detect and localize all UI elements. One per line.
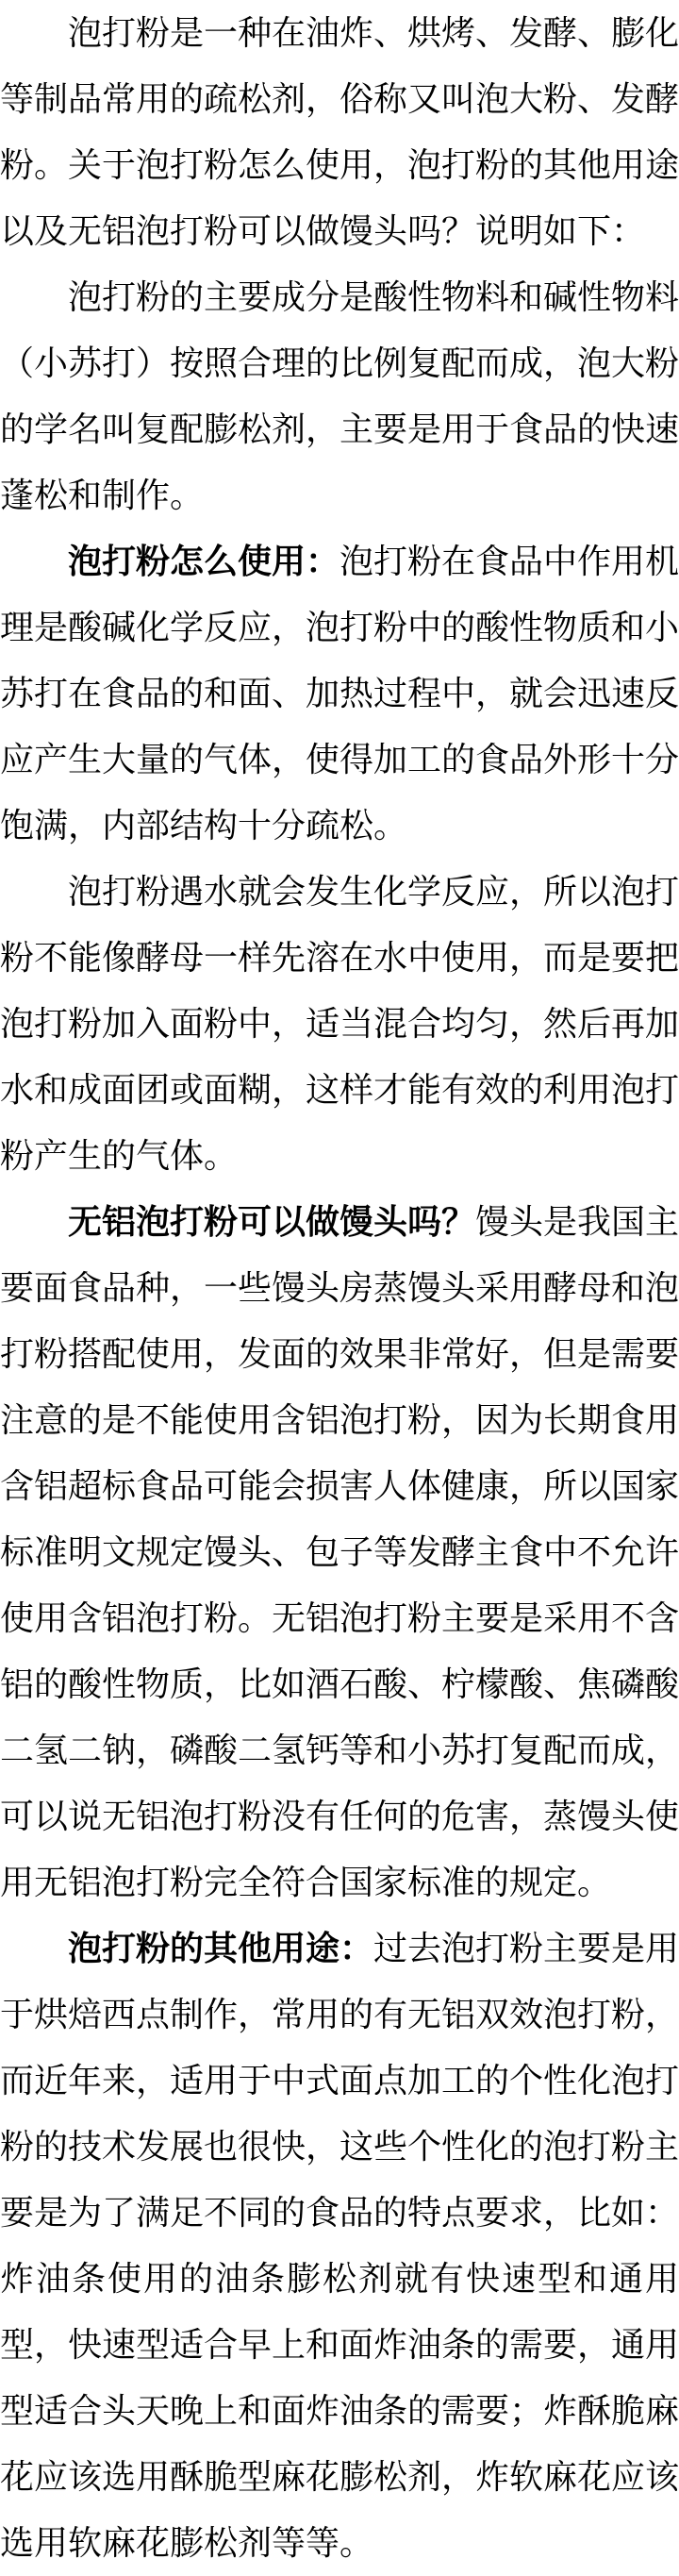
text-line: 饱满，内部结构十分疏松。 xyxy=(0,793,679,859)
text-run: 过去泡打粉主要是用 xyxy=(373,1929,679,1967)
text-line: 铝的酸性物质，比如酒石酸、柠檬酸、焦磷酸 xyxy=(0,1651,679,1717)
text-line: 用无铝泡打粉完全符合国家标准的规定。 xyxy=(0,1849,679,1915)
text-line: 泡打粉是一种在油炸、烘烤、发酵、膨化 xyxy=(0,0,679,66)
text-line: 而近年来，适用于中式面点加工的个性化泡打 xyxy=(0,2048,679,2114)
paragraph-water-reaction: 泡打粉遇水就会发生化学反应，所以泡打 粉不能像酵母一样先溶在水中使用，而是要把 … xyxy=(0,859,679,1189)
page: { "page": { "background_color": "#ffffff… xyxy=(0,0,679,2576)
paragraph-intro: 泡打粉是一种在油炸、烘烤、发酵、膨化 等制品常用的疏松剂，俗称又叫泡大粉、发酵 … xyxy=(0,0,679,264)
text-line: 粉不能像酵母一样先溶在水中使用，而是要把 xyxy=(0,925,679,991)
text-line: 型适合头天晚上和面炸油条的需要；炸酥脆麻 xyxy=(0,2378,679,2444)
text-run: 馒头是我国主 xyxy=(475,1202,679,1241)
text-line: 等制品常用的疏松剂，俗称又叫泡大粉、发酵 xyxy=(0,66,679,132)
text-line: 选用软麻花膨松剂等等。 xyxy=(0,2510,679,2576)
inline-heading-aluminum-free: 无铝泡打粉可以做馒头吗？ xyxy=(68,1202,475,1241)
text-line: 标准明文规定馒头、包子等发酵主食中不允许 xyxy=(0,1519,679,1585)
text-line: 应产生大量的气体，使得加工的食品外形十分 xyxy=(0,727,679,793)
paragraph-how-to-use: 泡打粉怎么使用：泡打粉在食品中作用机 理是酸碱化学反应，泡打粉中的酸性物质和小 … xyxy=(0,528,679,859)
text-run: 泡打粉在食品中作用机 xyxy=(339,542,679,580)
text-line: 以及无铝泡打粉可以做馒头吗？说明如下： xyxy=(0,198,679,264)
inline-heading-how-to-use: 泡打粉怎么使用： xyxy=(68,542,339,580)
text-line: 粉产生的气体。 xyxy=(0,1123,679,1189)
text-line: 炸油条使用的油条膨松剂就有快速型和通用 xyxy=(0,2246,679,2312)
text-line: （小苏打）按照合理的比例复配而成，泡大粉 xyxy=(0,330,679,396)
text-line: 于烘焙西点制作，常用的有无铝双效泡打粉， xyxy=(0,1982,679,2048)
text-line: 含铝超标食品可能会损害人体健康，所以国家 xyxy=(0,1453,679,1519)
paragraph-composition: 泡打粉的主要成分是酸性物料和碱性物料 （小苏打）按照合理的比例复配而成，泡大粉 … xyxy=(0,264,679,528)
text-line: 型，快速型适合早上和面炸油条的需要，通用 xyxy=(0,2312,679,2378)
text-line: 打粉搭配使用，发面的效果非常好，但是需要 xyxy=(0,1321,679,1387)
text-line: 使用含铝泡打粉。无铝泡打粉主要是采用不含 xyxy=(0,1585,679,1651)
inline-heading-other-uses: 泡打粉的其他用途： xyxy=(68,1929,373,1967)
paragraph-aluminum-free-mantou: 无铝泡打粉可以做馒头吗？馒头是我国主 要面食品种，一些馒头房蒸馒头采用酵母和泡 … xyxy=(0,1189,679,1915)
text-line: 水和成面团或面糊，这样才能有效的利用泡打 xyxy=(0,1057,679,1123)
text-line: 注意的是不能使用含铝泡打粉，因为长期食用 xyxy=(0,1387,679,1453)
text-line: 理是酸碱化学反应，泡打粉中的酸性物质和小 xyxy=(0,594,679,661)
text-line: 无铝泡打粉可以做馒头吗？馒头是我国主 xyxy=(0,1189,679,1255)
paragraph-other-uses: 泡打粉的其他用途：过去泡打粉主要是用 于烘焙西点制作，常用的有无铝双效泡打粉， … xyxy=(0,1915,679,2576)
text-line: 二氢二钠，磷酸二氢钙等和小苏打复配而成， xyxy=(0,1717,679,1783)
text-line: 泡打粉怎么使用：泡打粉在食品中作用机 xyxy=(0,528,679,594)
text-line: 苏打在食品的和面、加热过程中，就会迅速反 xyxy=(0,661,679,727)
text-line: 泡打粉加入面粉中，适当混合均匀，然后再加 xyxy=(0,991,679,1057)
text-line: 的学名叫复配膨松剂，主要是用于食品的快速 xyxy=(0,396,679,462)
article-text: 泡打粉是一种在油炸、烘烤、发酵、膨化 等制品常用的疏松剂，俗称又叫泡大粉、发酵 … xyxy=(0,0,679,2576)
text-line: 花应该选用酥脆型麻花膨松剂，炸软麻花应该 xyxy=(0,2444,679,2510)
text-line: 粉。关于泡打粉怎么使用，泡打粉的其他用途 xyxy=(0,132,679,198)
text-line: 蓬松和制作。 xyxy=(0,462,679,528)
text-line: 可以说无铝泡打粉没有任何的危害，蒸馒头使 xyxy=(0,1783,679,1849)
text-line: 泡打粉的主要成分是酸性物料和碱性物料 xyxy=(0,264,679,330)
text-line: 要是为了满足不同的食品的特点要求，比如： xyxy=(0,2180,679,2246)
text-line: 泡打粉的其他用途：过去泡打粉主要是用 xyxy=(0,1915,679,1982)
text-line: 要面食品种，一些馒头房蒸馒头采用酵母和泡 xyxy=(0,1255,679,1321)
text-line: 泡打粉遇水就会发生化学反应，所以泡打 xyxy=(0,859,679,925)
text-line: 粉的技术发展也很快，这些个性化的泡打粉主 xyxy=(0,2114,679,2180)
